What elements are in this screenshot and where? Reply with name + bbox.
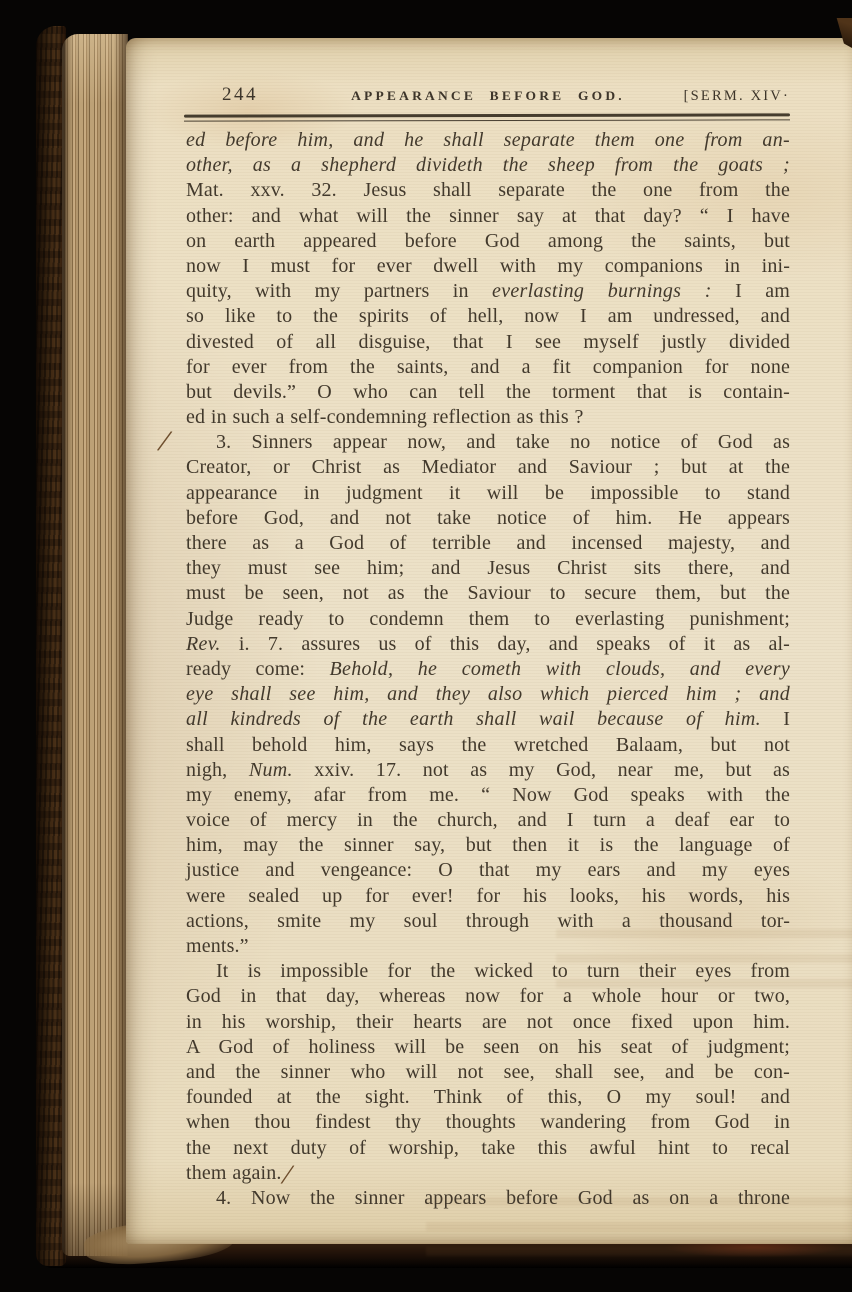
text-line: Judge ready to condemn them to everlasti… xyxy=(186,607,790,632)
text-line: must be seen, not as the Saviour to secu… xyxy=(186,581,790,606)
text-segment: Mat. xxv. 32. Jesus shall separate the o… xyxy=(186,179,790,201)
text-segment: other, as a shepherd divideth the sheep … xyxy=(186,154,790,176)
pen-mark: / xyxy=(158,425,172,457)
text-line: appearance in judgment it will be imposs… xyxy=(186,481,790,506)
text-segment: founded at the sight. Think of this, O m… xyxy=(186,1086,790,1108)
text-line: my enemy, afar from me. “ Now God speaks… xyxy=(186,783,790,808)
text-segment: Rev. xyxy=(186,633,221,655)
page-header: 244 APPEARANCE BEFORE GOD. [SERM. XIV· xyxy=(186,84,790,106)
text-line: ments.” xyxy=(186,934,790,959)
photo-background: 244 APPEARANCE BEFORE GOD. [SERM. XIV· e… xyxy=(0,0,852,1292)
text-segment: now I must for ever dwell with my compan… xyxy=(186,255,790,277)
text-line: on earth appeared before God among the s… xyxy=(186,229,790,254)
text-segment: the next duty of worship, take this awfu… xyxy=(186,1137,790,1159)
text-segment: appearance in judgment it will be imposs… xyxy=(186,482,790,504)
text-line: eye shall see him, and they also which p… xyxy=(186,682,790,707)
text-line: for ever from the saints, and a fit comp… xyxy=(186,355,790,380)
text-segment: and the sinner who will not see, shall s… xyxy=(186,1061,790,1083)
text-line: there as a God of terrible and incensed … xyxy=(186,531,790,556)
text-line: ready come: Behold, he cometh with cloud… xyxy=(186,657,790,682)
text-line: other: and what will the sinner say at t… xyxy=(186,204,790,229)
text-segment: nigh, xyxy=(186,759,249,781)
text-line: God in that day, whereas now for a whole… xyxy=(186,984,790,1009)
text-segment: It is impossible for the wicked to turn … xyxy=(216,960,790,982)
text-line: justice and vengeance: O that my ears an… xyxy=(186,858,790,883)
text-segment: actions, smite my soul through with a th… xyxy=(186,910,790,932)
text-segment: I am xyxy=(712,280,790,302)
text-line: 4. Now the sinner appears before God as … xyxy=(186,1186,790,1211)
text-segment: all kindreds of the earth shall wail bec… xyxy=(186,708,761,730)
text-segment: they must see him; and Jesus Christ sits… xyxy=(186,557,790,579)
text-segment: on earth appeared before God among the s… xyxy=(186,230,790,252)
text-segment: 3. Sinners appear now, and take no notic… xyxy=(216,431,790,453)
text-line: quity, with my partners in everlasting b… xyxy=(186,279,790,304)
text-segment: ments.” xyxy=(186,935,249,957)
text-line: It is impossible for the wicked to turn … xyxy=(186,959,790,984)
text-line: were sealed up for ever! for his looks, … xyxy=(186,884,790,909)
text-line: divested of all disguise, that I see mys… xyxy=(186,330,790,355)
text-segment: but devils.” O who can tell the torment … xyxy=(186,381,790,403)
text-segment: 4. Now the sinner appears before God as … xyxy=(216,1187,790,1209)
rule-thin-line xyxy=(184,119,790,122)
text-segment: I xyxy=(761,708,790,730)
text-line: they must see him; and Jesus Christ sits… xyxy=(186,556,790,581)
text-line: when thou findest thy thoughts wandering… xyxy=(186,1110,790,1135)
text-line: him, may the sinner say, but then it is … xyxy=(186,833,790,858)
text-segment: Num. xyxy=(249,759,293,781)
text-segment: other: and what will the sinner say at t… xyxy=(186,205,790,227)
book-page: 244 APPEARANCE BEFORE GOD. [SERM. XIV· e… xyxy=(126,38,852,1244)
text-segment: justice and vengeance: O that my ears an… xyxy=(186,859,790,881)
text-line: Rev. i. 7. assures us of this day, and s… xyxy=(186,632,790,657)
text-line: Mat. xxv. 32. Jesus shall separate the o… xyxy=(186,178,790,203)
text-block: ed before him, and he shall separate the… xyxy=(186,128,790,1211)
text-segment: God in that day, whereas now for a whole… xyxy=(186,985,790,1007)
text-segment: eye shall see him, and they also which p… xyxy=(186,683,790,705)
running-title: APPEARANCE BEFORE GOD. xyxy=(351,88,625,103)
text-segment: for ever from the saints, and a fit comp… xyxy=(186,356,790,378)
text-segment: must be seen, not as the Saviour to secu… xyxy=(186,582,790,604)
text-line: actions, smite my soul through with a th… xyxy=(186,909,790,934)
text-segment: i. 7. assures us of this day, and speaks… xyxy=(221,633,790,655)
text-segment: shall behold him, says the wretched Bala… xyxy=(186,734,790,756)
text-line: /3. Sinners appear now, and take no noti… xyxy=(186,430,790,455)
text-segment: were sealed up for ever! for his looks, … xyxy=(186,885,790,907)
text-line: founded at the sight. Think of this, O m… xyxy=(186,1085,790,1110)
text-segment: in his worship, their hearts are not onc… xyxy=(186,1011,790,1033)
text-segment: when thou findest thy thoughts wandering… xyxy=(186,1111,790,1133)
text-segment: xxiv. 17. not as my God, near me, but as xyxy=(293,759,790,781)
text-line: so like to the spirits of hell, now I am… xyxy=(186,304,790,329)
text-segment: Creator, or Christ as Mediator and Savio… xyxy=(186,456,790,478)
text-line: now I must for ever dwell with my compan… xyxy=(186,254,790,279)
text-segment: before God, and not take notice of him. … xyxy=(186,507,790,529)
text-line: voice of mercy in the church, and I turn… xyxy=(186,808,790,833)
text-segment: ed before him, and he shall separate the… xyxy=(186,129,790,151)
text-segment: ed in such a self-condemning reflection … xyxy=(186,406,584,428)
text-line: but devils.” O who can tell the torment … xyxy=(186,380,790,405)
text-line: nigh, Num. xxiv. 17. not as my God, near… xyxy=(186,758,790,783)
text-line: and the sinner who will not see, shall s… xyxy=(186,1060,790,1085)
text-line: all kindreds of the earth shall wail bec… xyxy=(186,707,790,732)
text-line: them again./ xyxy=(186,1161,790,1186)
book-page-fore-edge xyxy=(62,34,128,1256)
text-segment: voice of mercy in the church, and I turn… xyxy=(186,809,790,831)
text-segment: there as a God of terrible and incensed … xyxy=(186,532,790,554)
text-line: A God of holiness will be seen on his se… xyxy=(186,1035,790,1060)
text-segment: Behold, he cometh with clouds, and every xyxy=(330,658,791,680)
text-segment: divested of all disguise, that I see mys… xyxy=(186,331,790,353)
text-segment: them again. xyxy=(186,1162,282,1184)
text-segment: A God of holiness will be seen on his se… xyxy=(186,1036,790,1058)
text-segment: ready come: xyxy=(186,658,330,680)
text-line: before God, and not take notice of him. … xyxy=(186,506,790,531)
text-segment: Judge ready to condemn them to everlasti… xyxy=(186,608,790,630)
text-line: ed in such a self-condemning reflection … xyxy=(186,405,790,430)
text-line: the next duty of worship, take this awfu… xyxy=(186,1136,790,1161)
text-line: shall behold him, says the wretched Bala… xyxy=(186,733,790,758)
page-number: 244 xyxy=(222,84,258,106)
text-segment: so like to the spirits of hell, now I am… xyxy=(186,305,790,327)
text-line: other, as a shepherd divideth the sheep … xyxy=(186,153,790,178)
text-segment: him, may the sinner say, but then it is … xyxy=(186,834,790,856)
text-line: in his worship, their hearts are not onc… xyxy=(186,1010,790,1035)
text-line: ed before him, and he shall separate the… xyxy=(186,128,790,153)
text-segment: my enemy, afar from me. “ Now God speaks… xyxy=(186,784,790,806)
section-label: [SERM. XIV· xyxy=(684,88,790,105)
double-rule xyxy=(184,113,790,121)
text-segment: quity, with my partners in xyxy=(186,280,492,302)
rule-thick-line xyxy=(184,113,790,117)
pen-mark: / xyxy=(283,1174,291,1175)
text-line: Creator, or Christ as Mediator and Savio… xyxy=(186,455,790,480)
text-segment: everlasting burnings : xyxy=(492,280,712,302)
